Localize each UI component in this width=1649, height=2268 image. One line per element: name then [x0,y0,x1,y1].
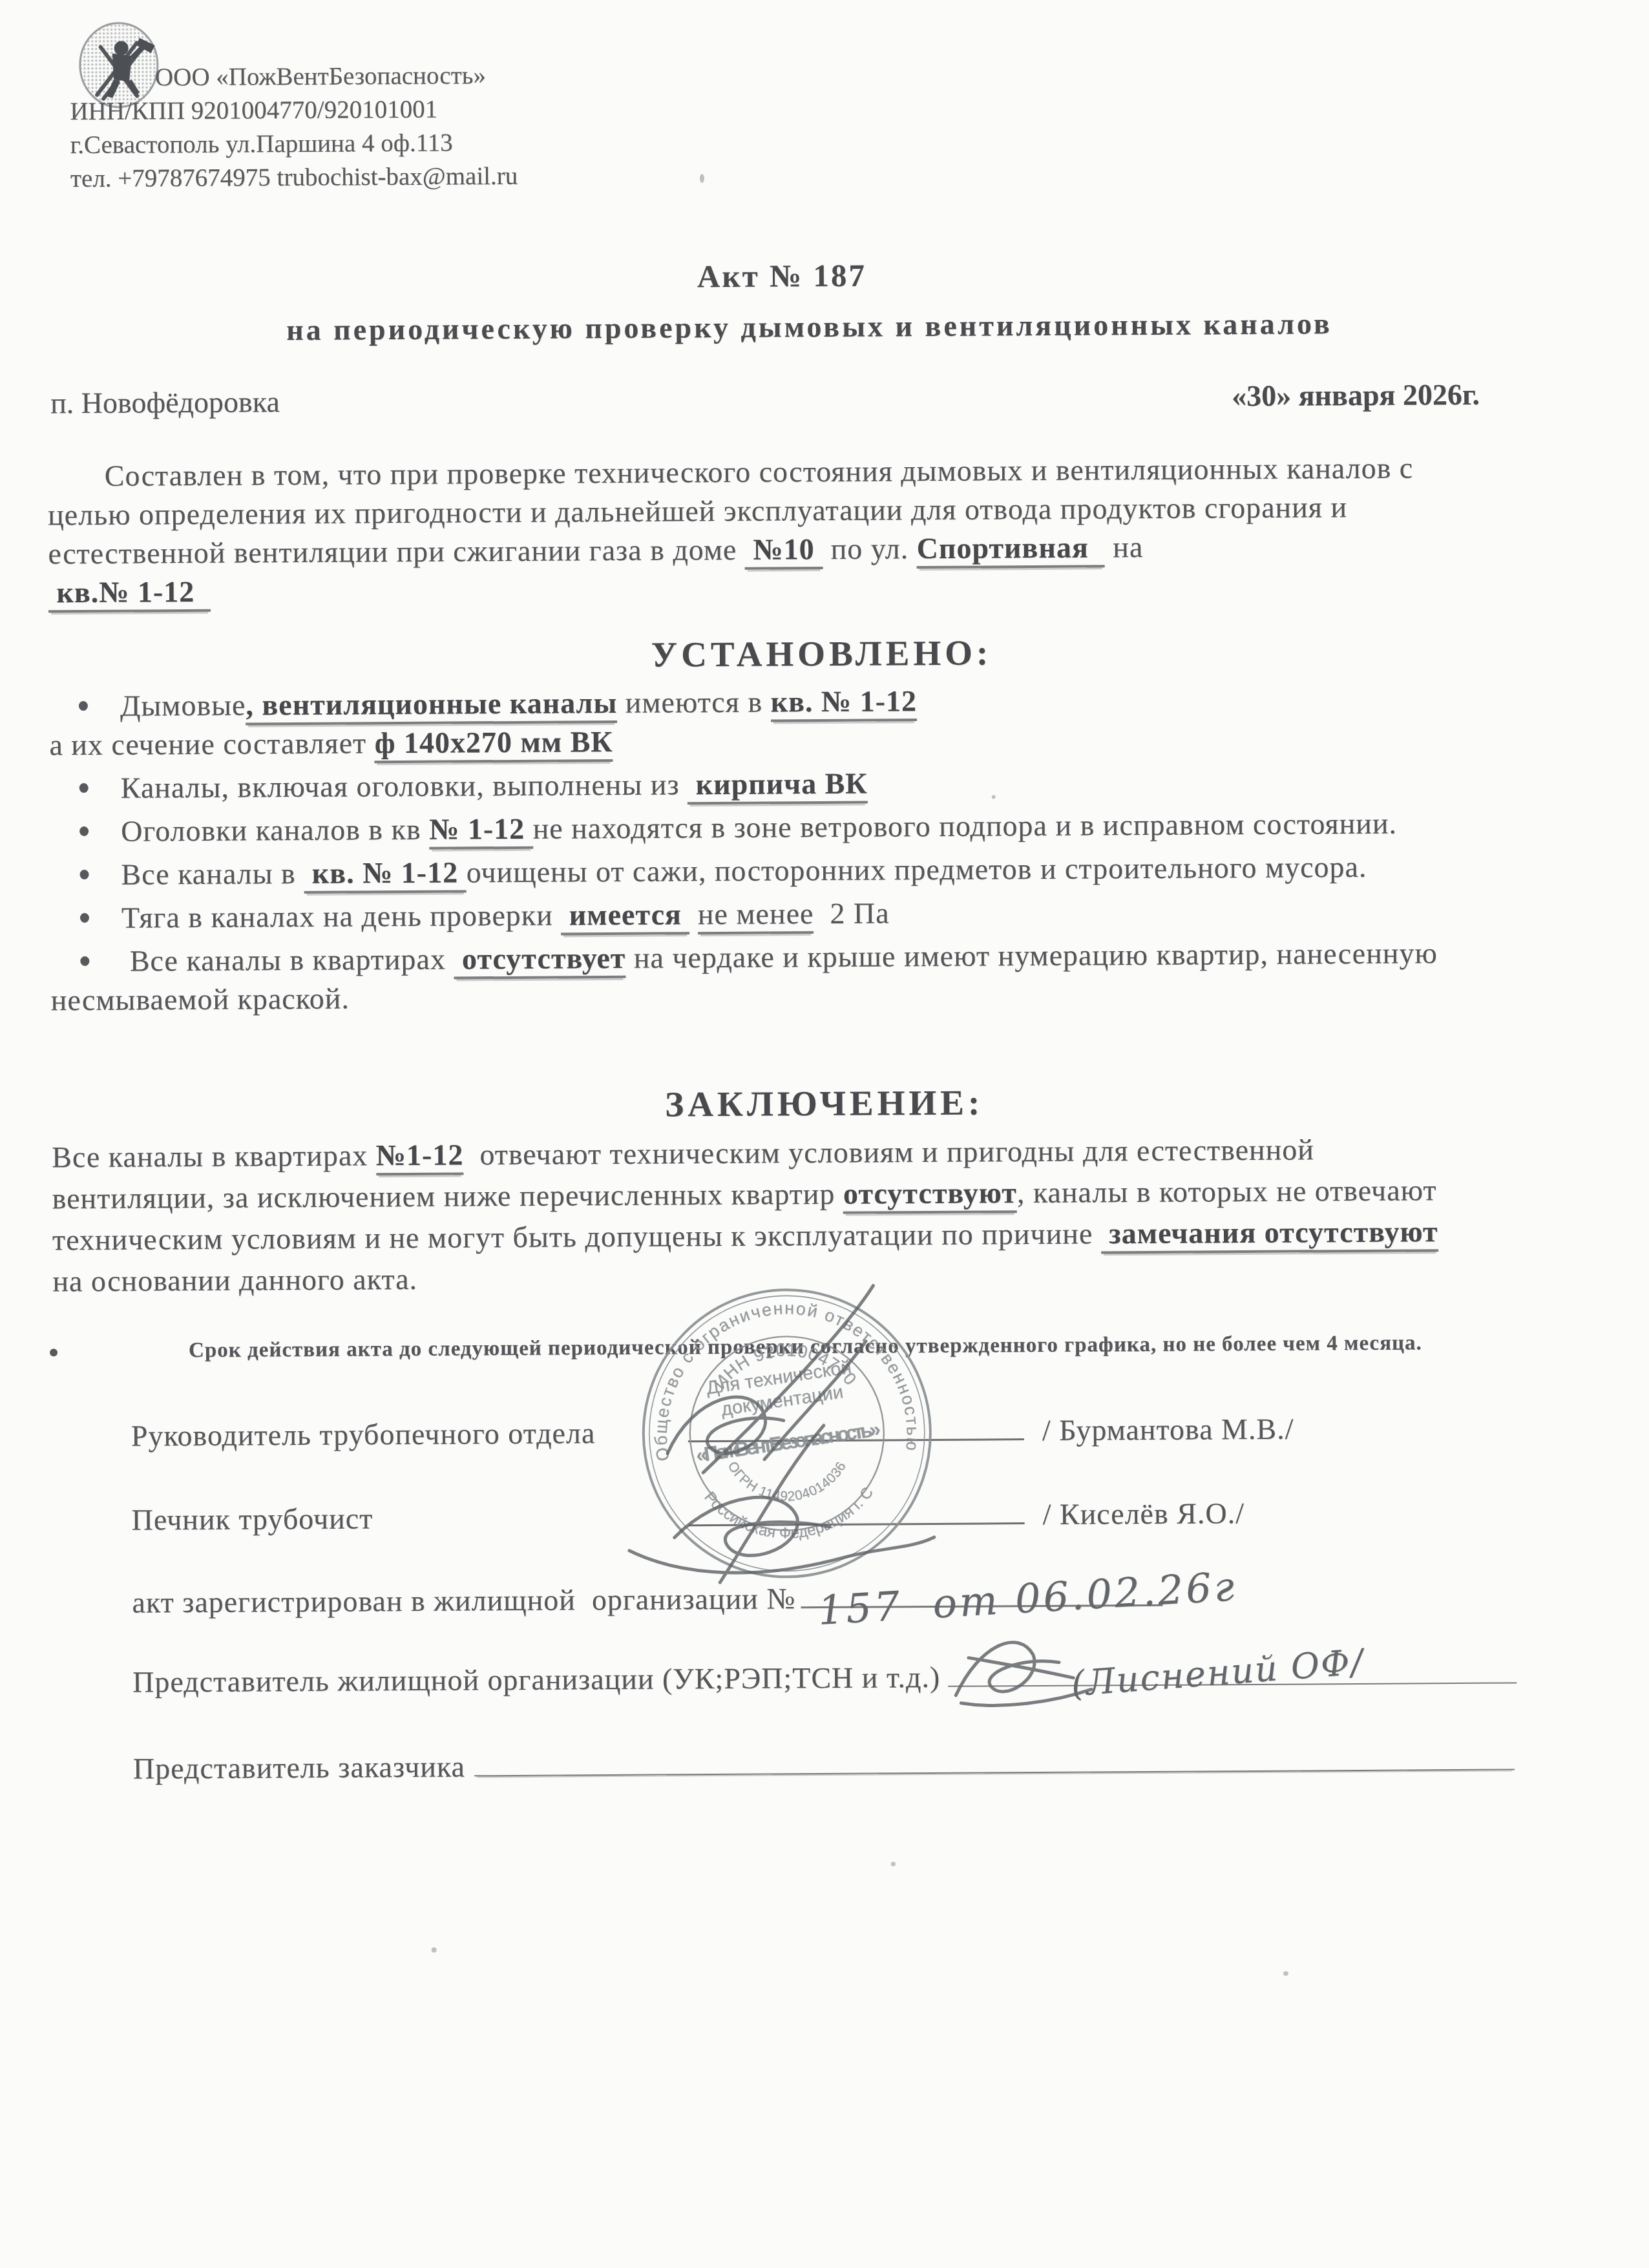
scan-speck [992,795,996,799]
established-item: Каналы, включая оголовки, выполнены из к… [50,761,1437,808]
established-item-text: Оголовки каналов в кв № 1-12 не находятс… [121,804,1437,850]
pen-signatures-over-stamp [569,1244,1024,1674]
established-item-text: Дымовые, вентиляционные каналы имеются в… [120,678,1436,764]
bullet-icon [79,870,89,879]
established-item: Дымовые, вентиляционные каналы имеются в… [49,678,1436,764]
letterhead: ООО «ПожВентБезопасность» ИНН/КПП 920100… [70,57,781,196]
customer-representative-line [474,1740,1515,1776]
bullet-icon [80,913,89,923]
place-name: п. Новофёдоровка [50,384,280,420]
bullet-icon [50,1349,58,1356]
scan-speck [432,1948,437,1953]
established-item: Оголовки каналов в кв № 1-12 не находятс… [50,804,1437,851]
act-subtitle: на периодическую проверку дымовых и вент… [0,304,1634,349]
intro-paragraph: Составлен в том, что при проверке технич… [48,448,1414,612]
company-phone-email: тел. +79787674975 trubochist-bax@mail.ru [70,158,781,196]
scan-speck [700,174,704,183]
established-heading: УСТАНОВЛЕНО: [0,628,1646,679]
bullet-icon [79,826,89,836]
handwritten-signature-scrawl [941,1617,1117,1728]
established-item-text: Каналы, включая оголовки, выполнены из к… [121,761,1437,807]
bullet-icon [80,956,89,966]
scanned-act-document: ООО «ПожВентБезопасность» ИНН/КПП 920100… [0,0,1649,2268]
scan-speck [1283,1971,1288,1976]
established-list: Дымовые, вентиляционные каналы имеются в… [49,678,1438,1024]
established-item: Тяга в каналах на день проверки имеется … [50,890,1438,938]
bullet-icon [79,701,88,711]
signer-name: / Киселёв Я.О./ [1042,1496,1245,1531]
established-item: Все каналы в кв. № 1-12 очищены от сажи,… [50,847,1437,894]
meta-row: п. Новофёдоровка «30» января 2026г. [50,377,1480,421]
scan-speck [891,1862,896,1866]
act-date: «30» января 2026г. [1232,377,1480,413]
company-name: ООО «ПожВентБезопасность» [70,57,781,95]
company-inn-kpp: ИНН/КПП 9201004770/920101001 [70,90,781,129]
act-number-title: Акт № 187 [0,253,1606,300]
customer-representative-label: Представитель заказчика [133,1749,465,1785]
conclusion-heading: ЗАКЛЮЧЕНИЕ: [0,1078,1649,1129]
bullet-icon [79,783,89,793]
company-address: г.Севастополь ул.Паршина 4 оф.113 [70,124,781,162]
signer-name: / Бурмантова М.В./ [1042,1412,1294,1447]
established-item-text: Все каналы в квартирах отсутствует на че… [121,934,1438,1019]
established-item: Все каналы в квартирах отсутствует на че… [50,934,1438,1020]
established-item-text: Тяга в каналах на день проверки имеется … [121,890,1438,937]
established-item-text: Все каналы в кв. № 1-12 очищены от сажи,… [121,847,1437,894]
customer-representative-row: Представитель заказчика [133,1740,1515,1785]
